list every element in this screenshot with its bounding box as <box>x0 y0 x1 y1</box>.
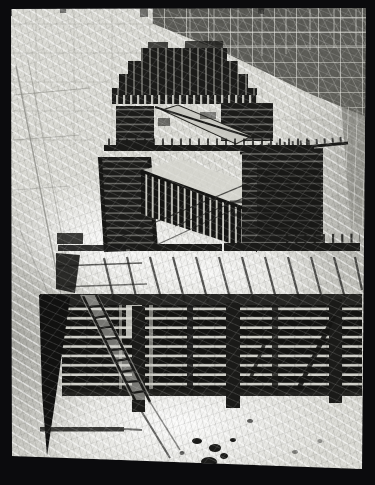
deck-rail-and-ties <box>56 233 362 302</box>
tower-top-tiers <box>112 41 257 104</box>
left-diagonal-scratches <box>14 60 90 320</box>
mid-crates-and-chute <box>104 103 348 153</box>
artwork-photo <box>0 0 375 485</box>
ground-marks <box>40 419 323 467</box>
middle-frame-crate <box>98 148 323 252</box>
structure-illustration <box>0 0 375 485</box>
border-drips <box>3 8 264 17</box>
